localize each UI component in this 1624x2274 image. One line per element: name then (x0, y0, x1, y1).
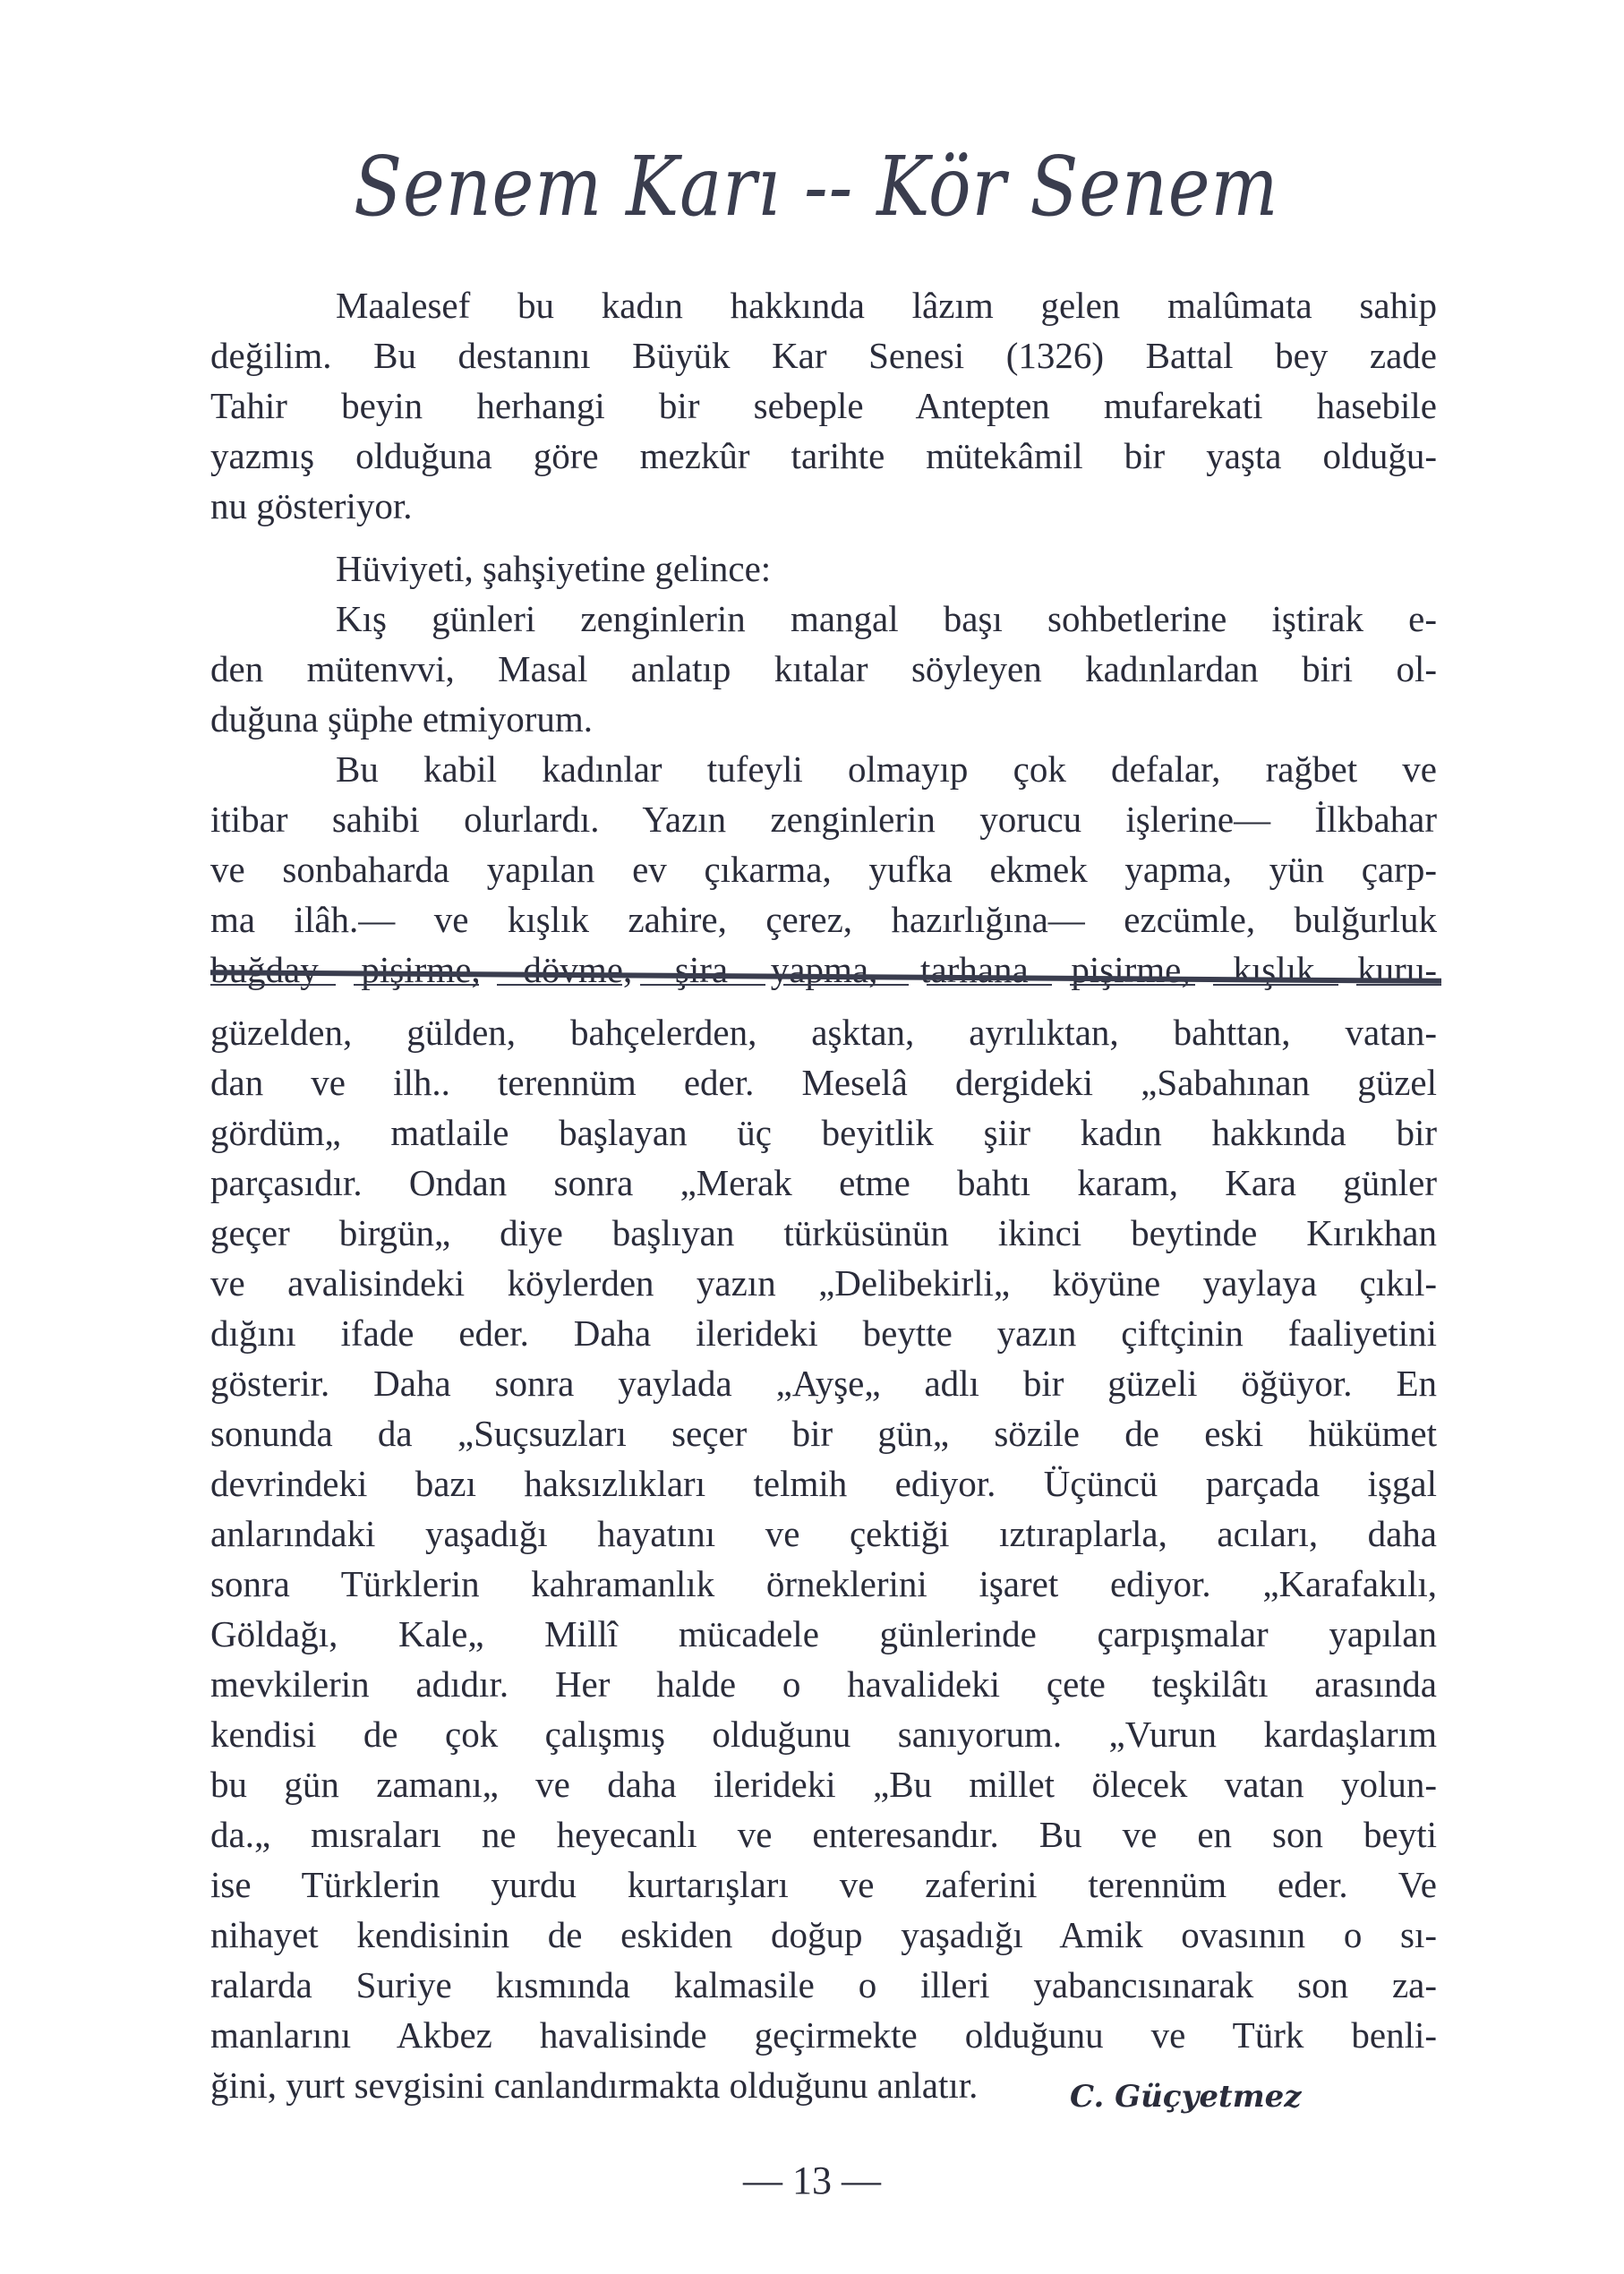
paragraph-line: nu gösteriyor. (210, 481, 1437, 531)
paragraph-line: Tahir beyin herhangi bir sebeple Antepte… (210, 380, 1437, 431)
paragraph-line: dığını ifade eder. Daha ilerideki beytte… (210, 1308, 1437, 1358)
paragraph-line: Maalesef bu kadın hakkında lâzım gelen m… (210, 280, 1437, 330)
paragraph-line: sonra Türklerin kahramanlık örneklerini … (210, 1559, 1437, 1609)
paragraph-line: geçer birgün„ diye başlıyan türküsünün i… (210, 1208, 1437, 1258)
paragraph-line: Kış günleri zenginlerin mangal başı sohb… (210, 594, 1437, 644)
paragraph-line: itibar sahibi olurlardı. Yazın zenginler… (210, 794, 1437, 844)
paragraph-line: anlarındaki yaşadığı hayatını ve çektiği… (210, 1509, 1437, 1559)
paragraph-line: gördüm„ matlaile başlayan üç beyitlik şi… (210, 1107, 1437, 1158)
top-section: Maalesef bu kadın hakkında lâzım gelen m… (210, 280, 1437, 995)
paragraph-line: ralarda Suriye kısmında kalmasile o ille… (210, 1960, 1437, 2010)
paragraph-line: gösterir. Daha sonra yaylada „Ayşe„ adlı… (210, 1358, 1437, 1408)
divider-thin-rule (210, 984, 1441, 986)
paragraph-line: den mütenvvi, Masal anlatıp kıtalar söyl… (210, 644, 1437, 694)
paragraph-line: yazmış olduğuna göre mezkûr tarihte müte… (210, 431, 1437, 481)
paragraph-line: güzelden, gülden, bahçelerden, aşktan, a… (210, 1007, 1437, 1057)
paragraph-line: parçasıdır. Ondan sonra „Merak etme baht… (210, 1158, 1437, 1208)
paragraph-line: da.„ mısraları ne heyecanlı ve enteresan… (210, 1809, 1437, 1859)
paragraph-line: kendisi de çok çalışmış olduğunu sanıyor… (210, 1709, 1437, 1759)
paragraph-line: Göldağı, Kale„ Millî mücadele günlerinde… (210, 1609, 1437, 1659)
paragraph-line: mevkilerin adıdır. Her halde o havalidek… (210, 1659, 1437, 1709)
paragraph-line: Bu kabil kadınlar tufeyli olmayıp çok de… (210, 744, 1437, 794)
paragraph-line: ise Türklerin yurdu kurtarışları ve zafe… (210, 1859, 1437, 1910)
paragraph-line: ve avalisindeki köylerden yazın „Delibek… (210, 1258, 1437, 1308)
author-signature: C. Güçyetmez (1070, 2079, 1302, 2115)
paragraph-line: duğuna şüphe etmiyorum. (210, 694, 1437, 744)
section-divider (210, 974, 1441, 994)
paragraph-line: Hüviyeti, şahşiyetine gelince: (210, 543, 1437, 594)
paragraph-line: sonunda da „Suçsuzları seçer bir gün„ sö… (210, 1408, 1437, 1458)
page-number: — 13 — (0, 2158, 1624, 2203)
paragraph-line: değilim. Bu destanını Büyük Kar Senesi (… (210, 330, 1437, 380)
bottom-section: güzelden, gülden, bahçelerden, aşktan, a… (210, 1007, 1437, 2110)
paragraph-line: dan ve ilh.. terennüm eder. Meselâ dergi… (210, 1057, 1437, 1107)
article-title: Senem Karı -- Kör Senem (354, 139, 1201, 235)
paragraph-line: bu gün zamanı„ ve daha ilerideki „Bu mil… (210, 1759, 1437, 1809)
paragraph-line: manlarını Akbez havalisinde geçirmekte o… (210, 2010, 1437, 2060)
paragraph-line: ma ilâh.— ve kışlık zahire, çerez, hazır… (210, 894, 1437, 945)
paragraph-line: ve sonbaharda yapılan ev çıkarma, yufka … (210, 844, 1437, 894)
paragraph-line: nihayet kendisinin de eskiden doğup yaşa… (210, 1910, 1437, 1960)
paragraph-line: devrindeki bazı haksızlıkları telmih edi… (210, 1458, 1437, 1509)
